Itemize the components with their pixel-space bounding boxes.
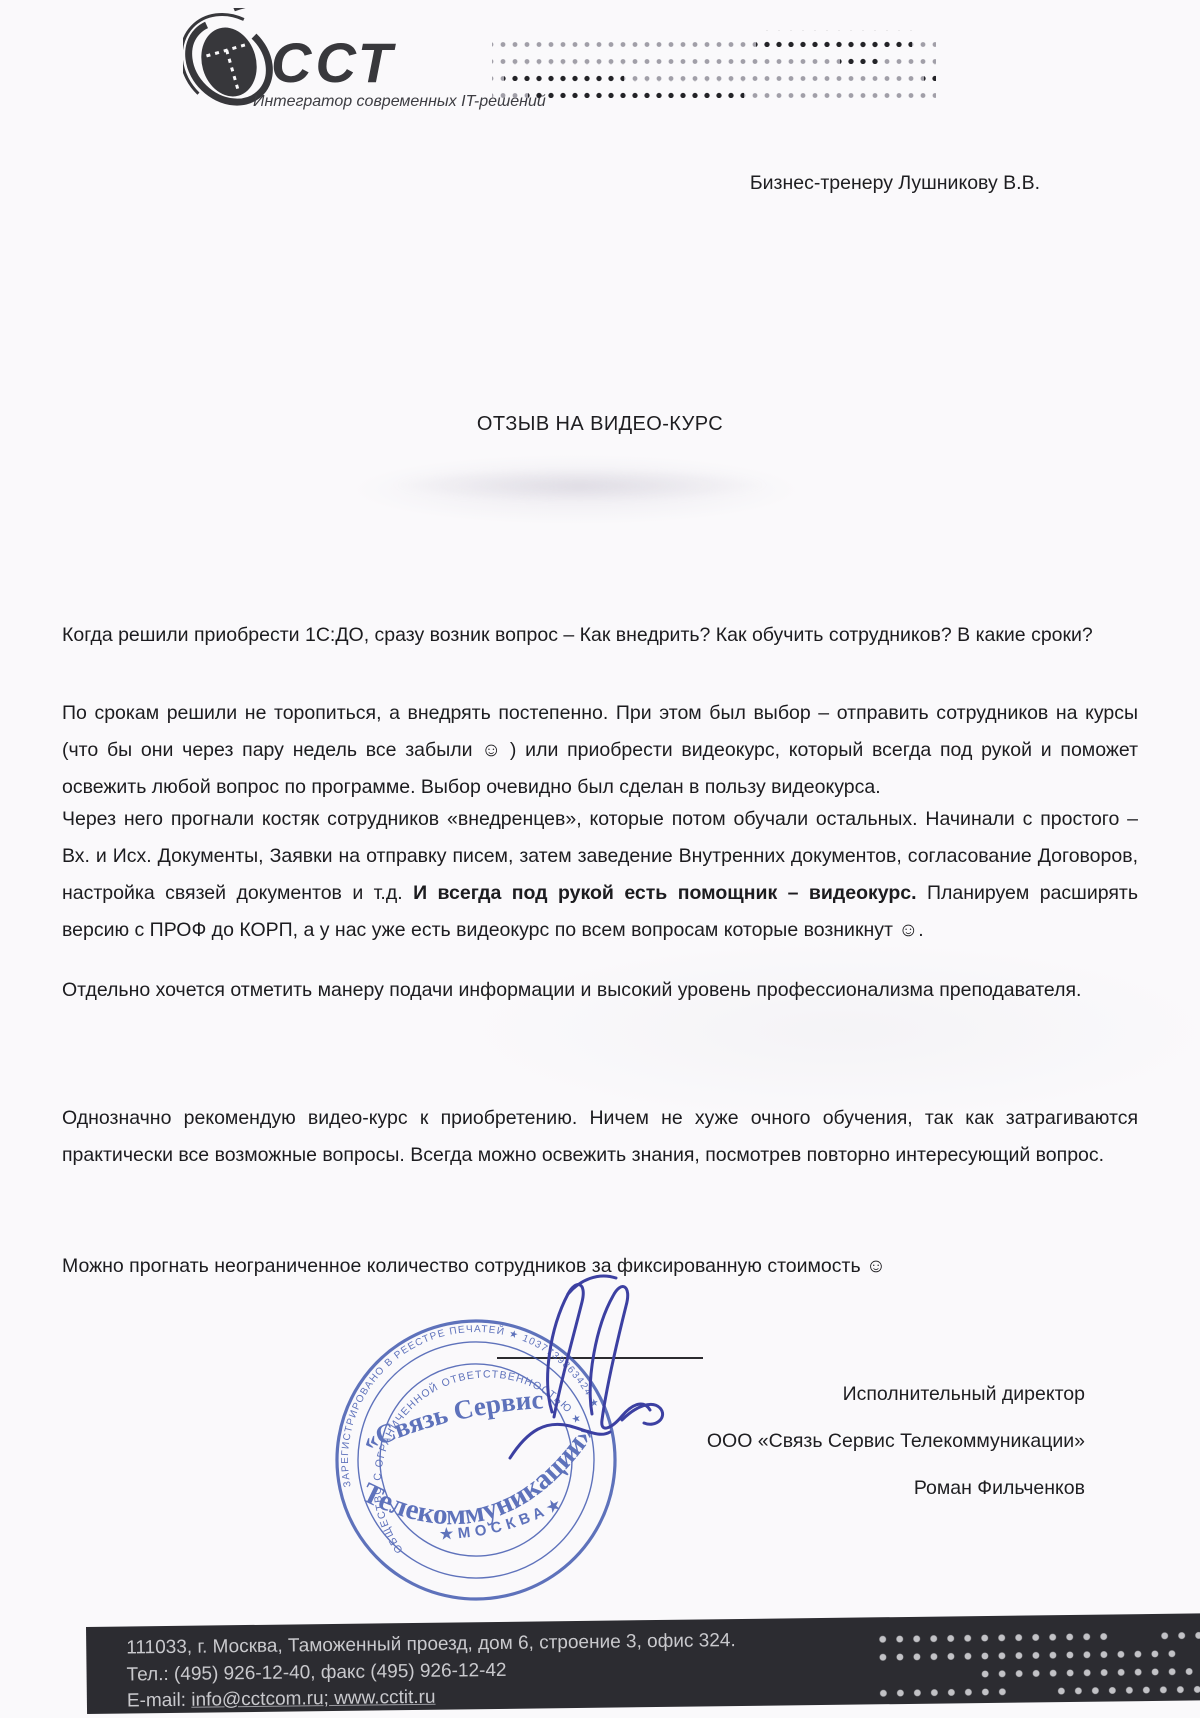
paragraph-2: По срокам решили не торопиться, а внедря… <box>62 695 1138 806</box>
header-dot-pattern-dark <box>756 30 912 47</box>
footer-dot-pattern <box>1049 1675 1200 1696</box>
header-dot-pattern-dark <box>528 81 744 98</box>
paragraph-4: Отдельно хочется отметить манеру подачи … <box>62 972 1138 1009</box>
footer-dot-pattern <box>871 1678 1011 1698</box>
paragraph-1: Когда решили приобрести 1С:ДО, сразу воз… <box>62 617 1138 654</box>
document-title: ОТЗЫВ НА ВИДЕО-КУРС <box>0 413 1200 436</box>
footer-email-link[interactable]: info@cctcom.ru; www.cctit.ru <box>191 1687 435 1711</box>
recipient-line: Бизнес-тренеру Лушникову В.В. <box>750 172 1040 195</box>
paragraph-3-bold-text: И всегда под рукой есть помощник – видео… <box>413 882 916 904</box>
paragraph-5: Однозначно рекомендую видео-курс к приоб… <box>62 1100 1138 1174</box>
scan-artifact <box>390 468 770 502</box>
footer-contact-info: 111033, г. Москва, Таможенный проезд, до… <box>126 1628 736 1714</box>
logo-brand-text: ССТ <box>271 31 397 94</box>
header-dot-pattern-dark <box>840 47 880 64</box>
signer-name: Роман Фильченков <box>707 1477 1085 1500</box>
footer-email-label: E-mail: <box>127 1690 192 1712</box>
paragraph-3: Через него прогнали костяк сотрудников «… <box>62 801 1138 949</box>
signer-role: Исполнительный директор <box>707 1383 1085 1406</box>
header-dot-pattern <box>492 30 936 98</box>
footer-dot-pattern <box>1152 1621 1200 1640</box>
header-dot-pattern-dark <box>504 64 624 81</box>
handwritten-signature <box>440 1262 740 1482</box>
signature-block: Исполнительный директор ООО «Связь Серви… <box>707 1383 1085 1524</box>
scanned-letter-page: ССТ Интегратор современных IT-решений Би… <box>0 0 1200 1718</box>
footer-bar: 111033, г. Москва, Таможенный проезд, до… <box>86 1613 1200 1714</box>
signer-company: ООО «Связь Сервис Телекоммуникации» <box>707 1430 1085 1453</box>
header-dot-pattern-dark <box>924 64 936 81</box>
